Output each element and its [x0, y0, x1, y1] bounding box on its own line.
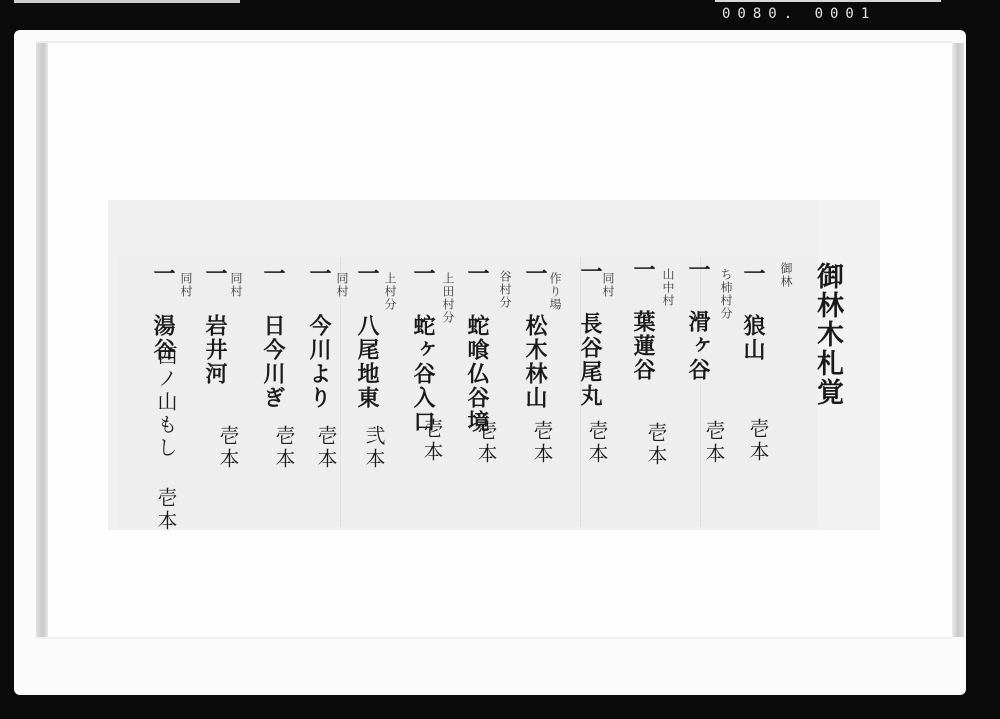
entry-item: 一 日今川ぎ [258, 262, 289, 410]
entry-quantity: 壱本 [214, 425, 243, 471]
document-title: 御林木札覚 [808, 262, 847, 407]
entry-quantity: 西ノ山もし 壱本 [152, 345, 181, 533]
entry-quantity: 壱本 [528, 420, 557, 466]
film-edge-right [715, 0, 941, 2]
entry-quantity: 壱本 [270, 425, 299, 471]
entry-quantity: 壱本 [744, 418, 773, 464]
entry-item: 一 蛇ヶ谷入口 [408, 262, 439, 434]
entry-note: 谷村分 [497, 270, 514, 309]
entry-item: 一 長谷尾丸 [575, 260, 606, 408]
entry-quantity: 壱本 [700, 420, 729, 466]
entry-item: 一 滑ヶ谷 [683, 258, 714, 382]
entry-quantity: 壱本 [418, 418, 447, 464]
entry-note: ち柿村分 [718, 268, 735, 320]
mount-edge-left [36, 43, 48, 637]
entry-note: 同村 [334, 272, 351, 298]
mount-edge-right [952, 43, 964, 637]
entry-item: 一 岩井河 [200, 262, 231, 386]
entry-quantity: 壱本 [312, 425, 341, 471]
frame-id-number: 0080. 0001 [722, 6, 876, 22]
entry-item: 一 葉蓮谷 [628, 258, 659, 382]
entry-item: 一 今川より [304, 262, 335, 410]
entry-quantity: 弐本 [360, 425, 389, 471]
entry-quantity: 壱本 [642, 422, 671, 468]
entry-note: 上村分 [382, 272, 399, 311]
entry-item: 一 蛇喰仏谷境 [462, 262, 493, 434]
entry-note: 御林 [778, 262, 795, 288]
entry-quantity: 壱本 [583, 420, 612, 466]
entry-item: 一 八尾地東 [352, 262, 383, 410]
entry-quantity: 壱本 [472, 420, 501, 466]
entry-item: 一 狼山 [738, 262, 769, 362]
entry-note: 同村 [178, 272, 195, 298]
entry-note: 山中村 [660, 268, 677, 307]
film-edge-left [14, 0, 240, 3]
entry-item: 一 松木林山 [520, 262, 551, 410]
entry-note: 上田村分 [440, 272, 457, 324]
